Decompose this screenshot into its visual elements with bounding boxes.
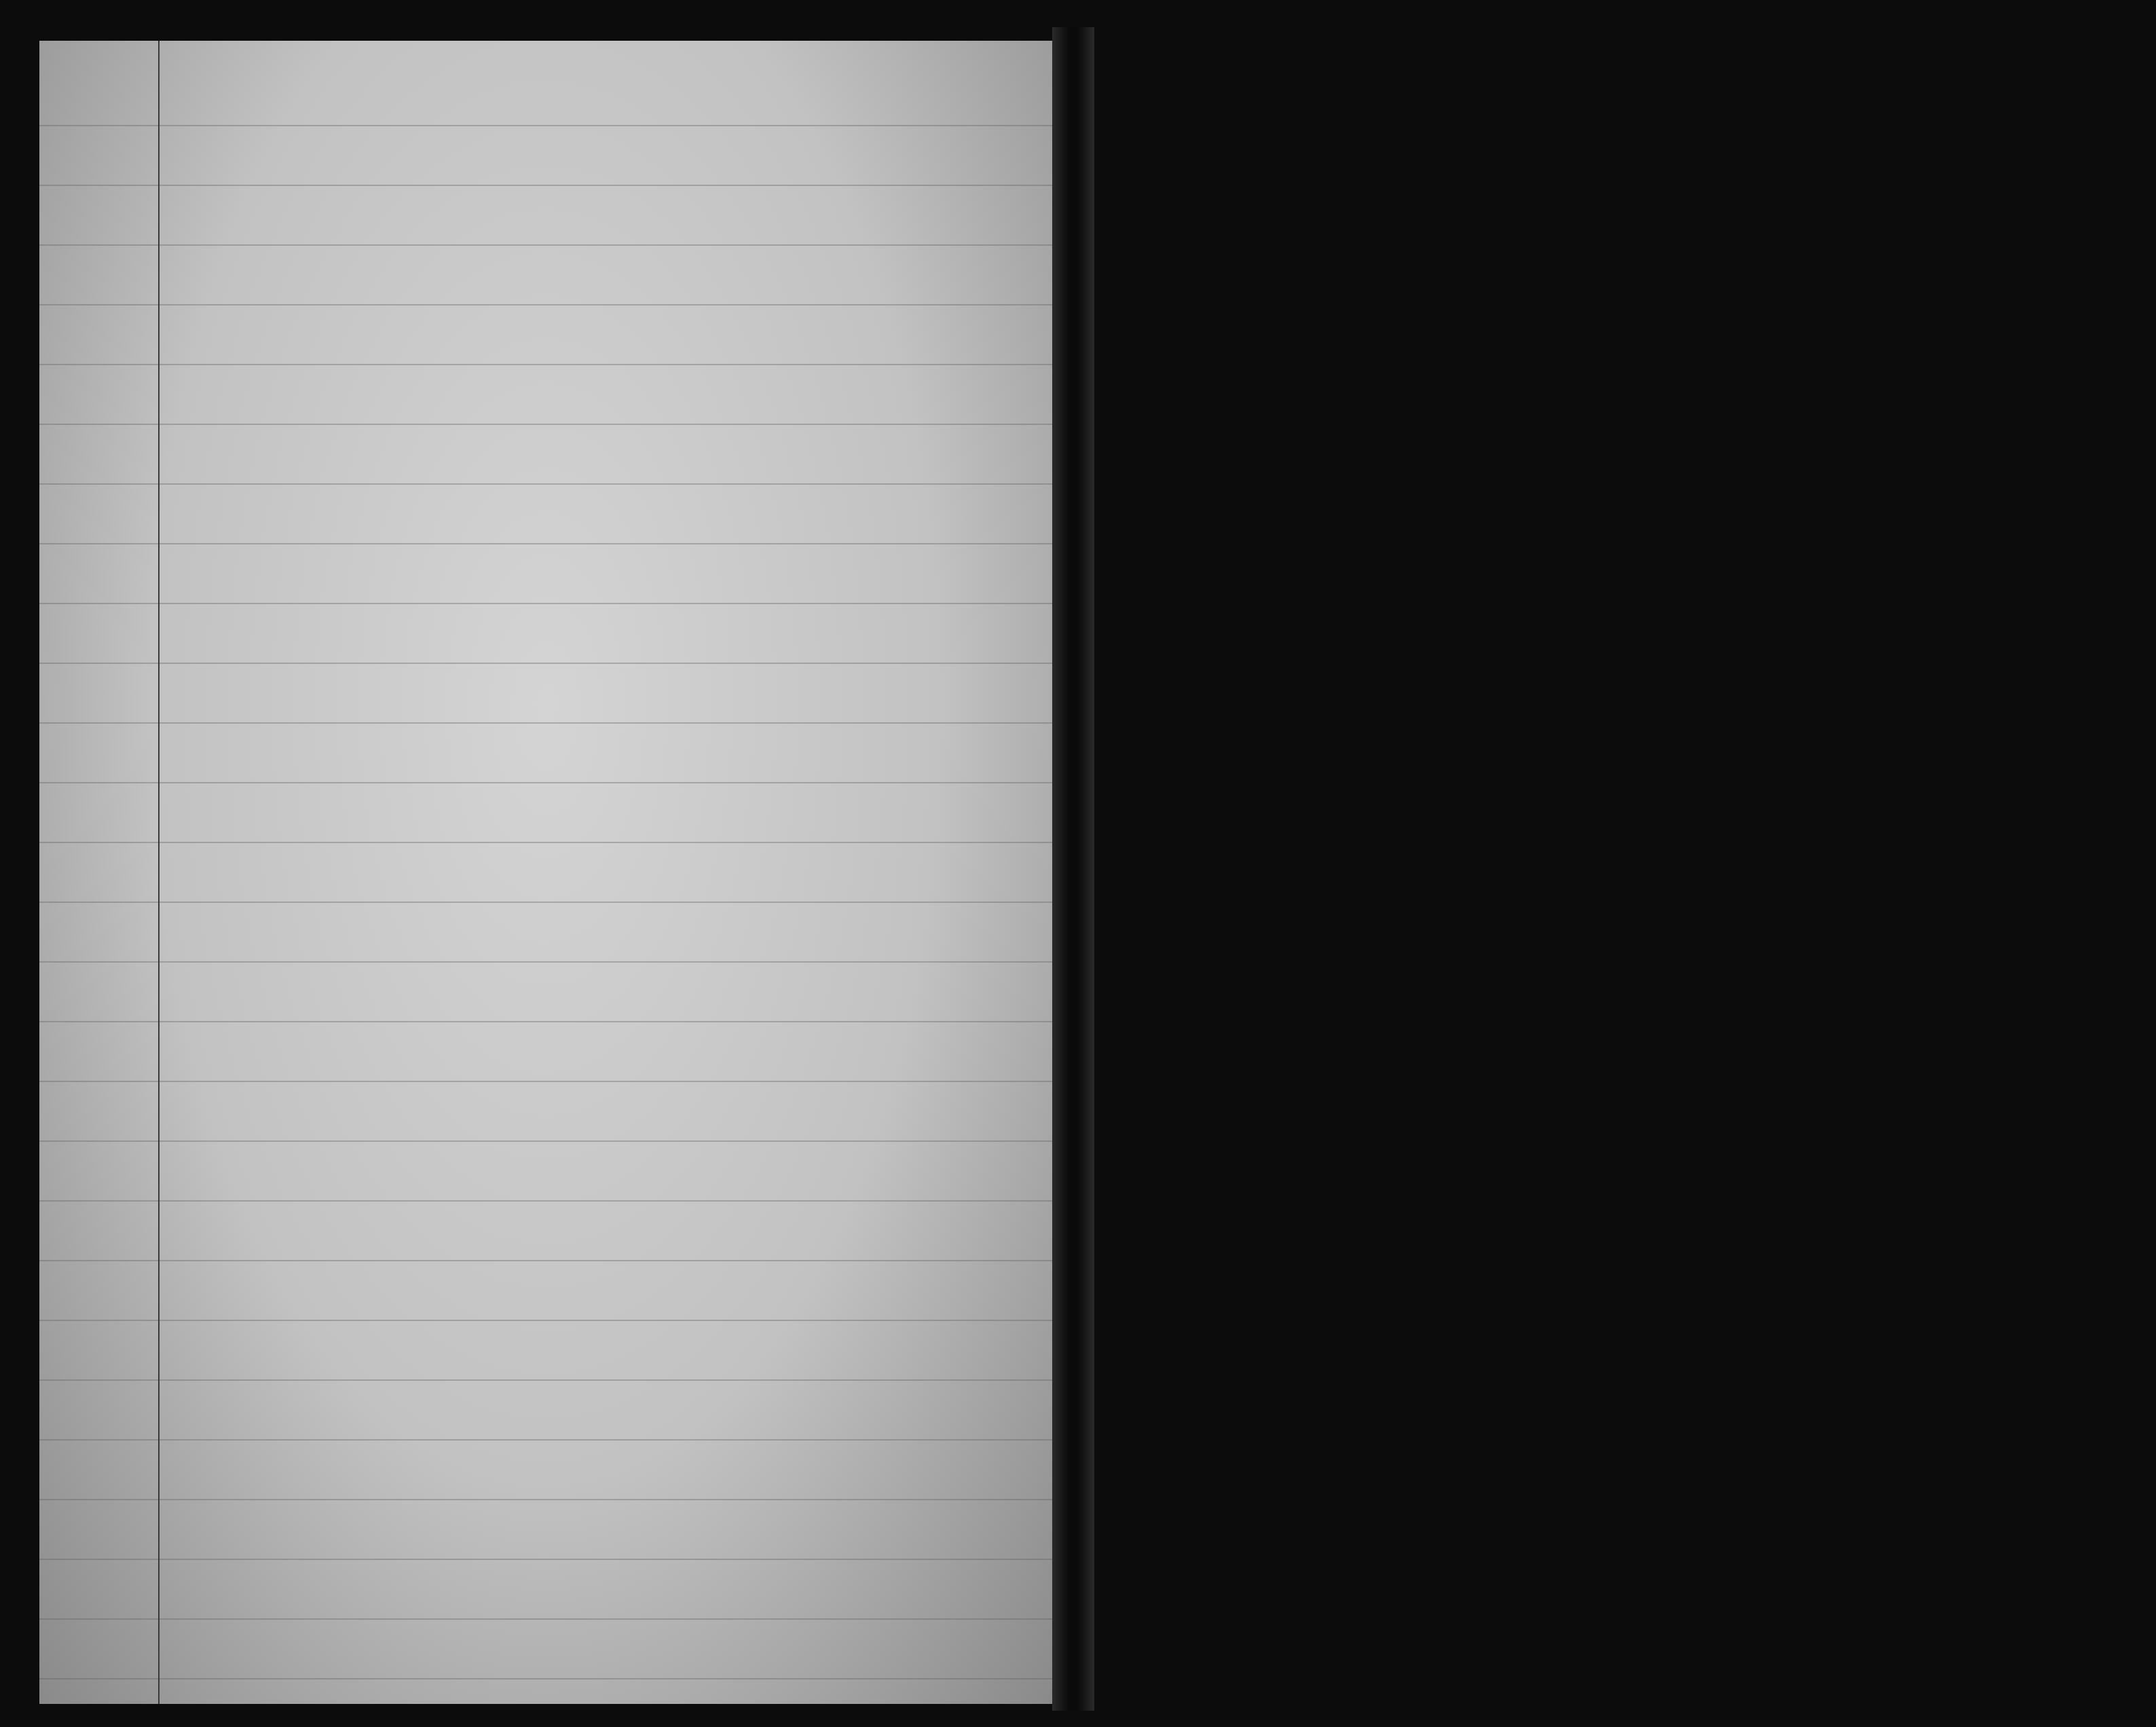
- section-numeral: [67, 940, 162, 999]
- book-spine: [1052, 27, 1094, 1711]
- section-numeral: [67, 1178, 162, 1238]
- section-numeral: [67, 103, 162, 163]
- section-numeral: [67, 641, 162, 701]
- margin-rule: [158, 41, 160, 1704]
- left-page: [39, 41, 1052, 1704]
- section-numeral: [67, 223, 162, 282]
